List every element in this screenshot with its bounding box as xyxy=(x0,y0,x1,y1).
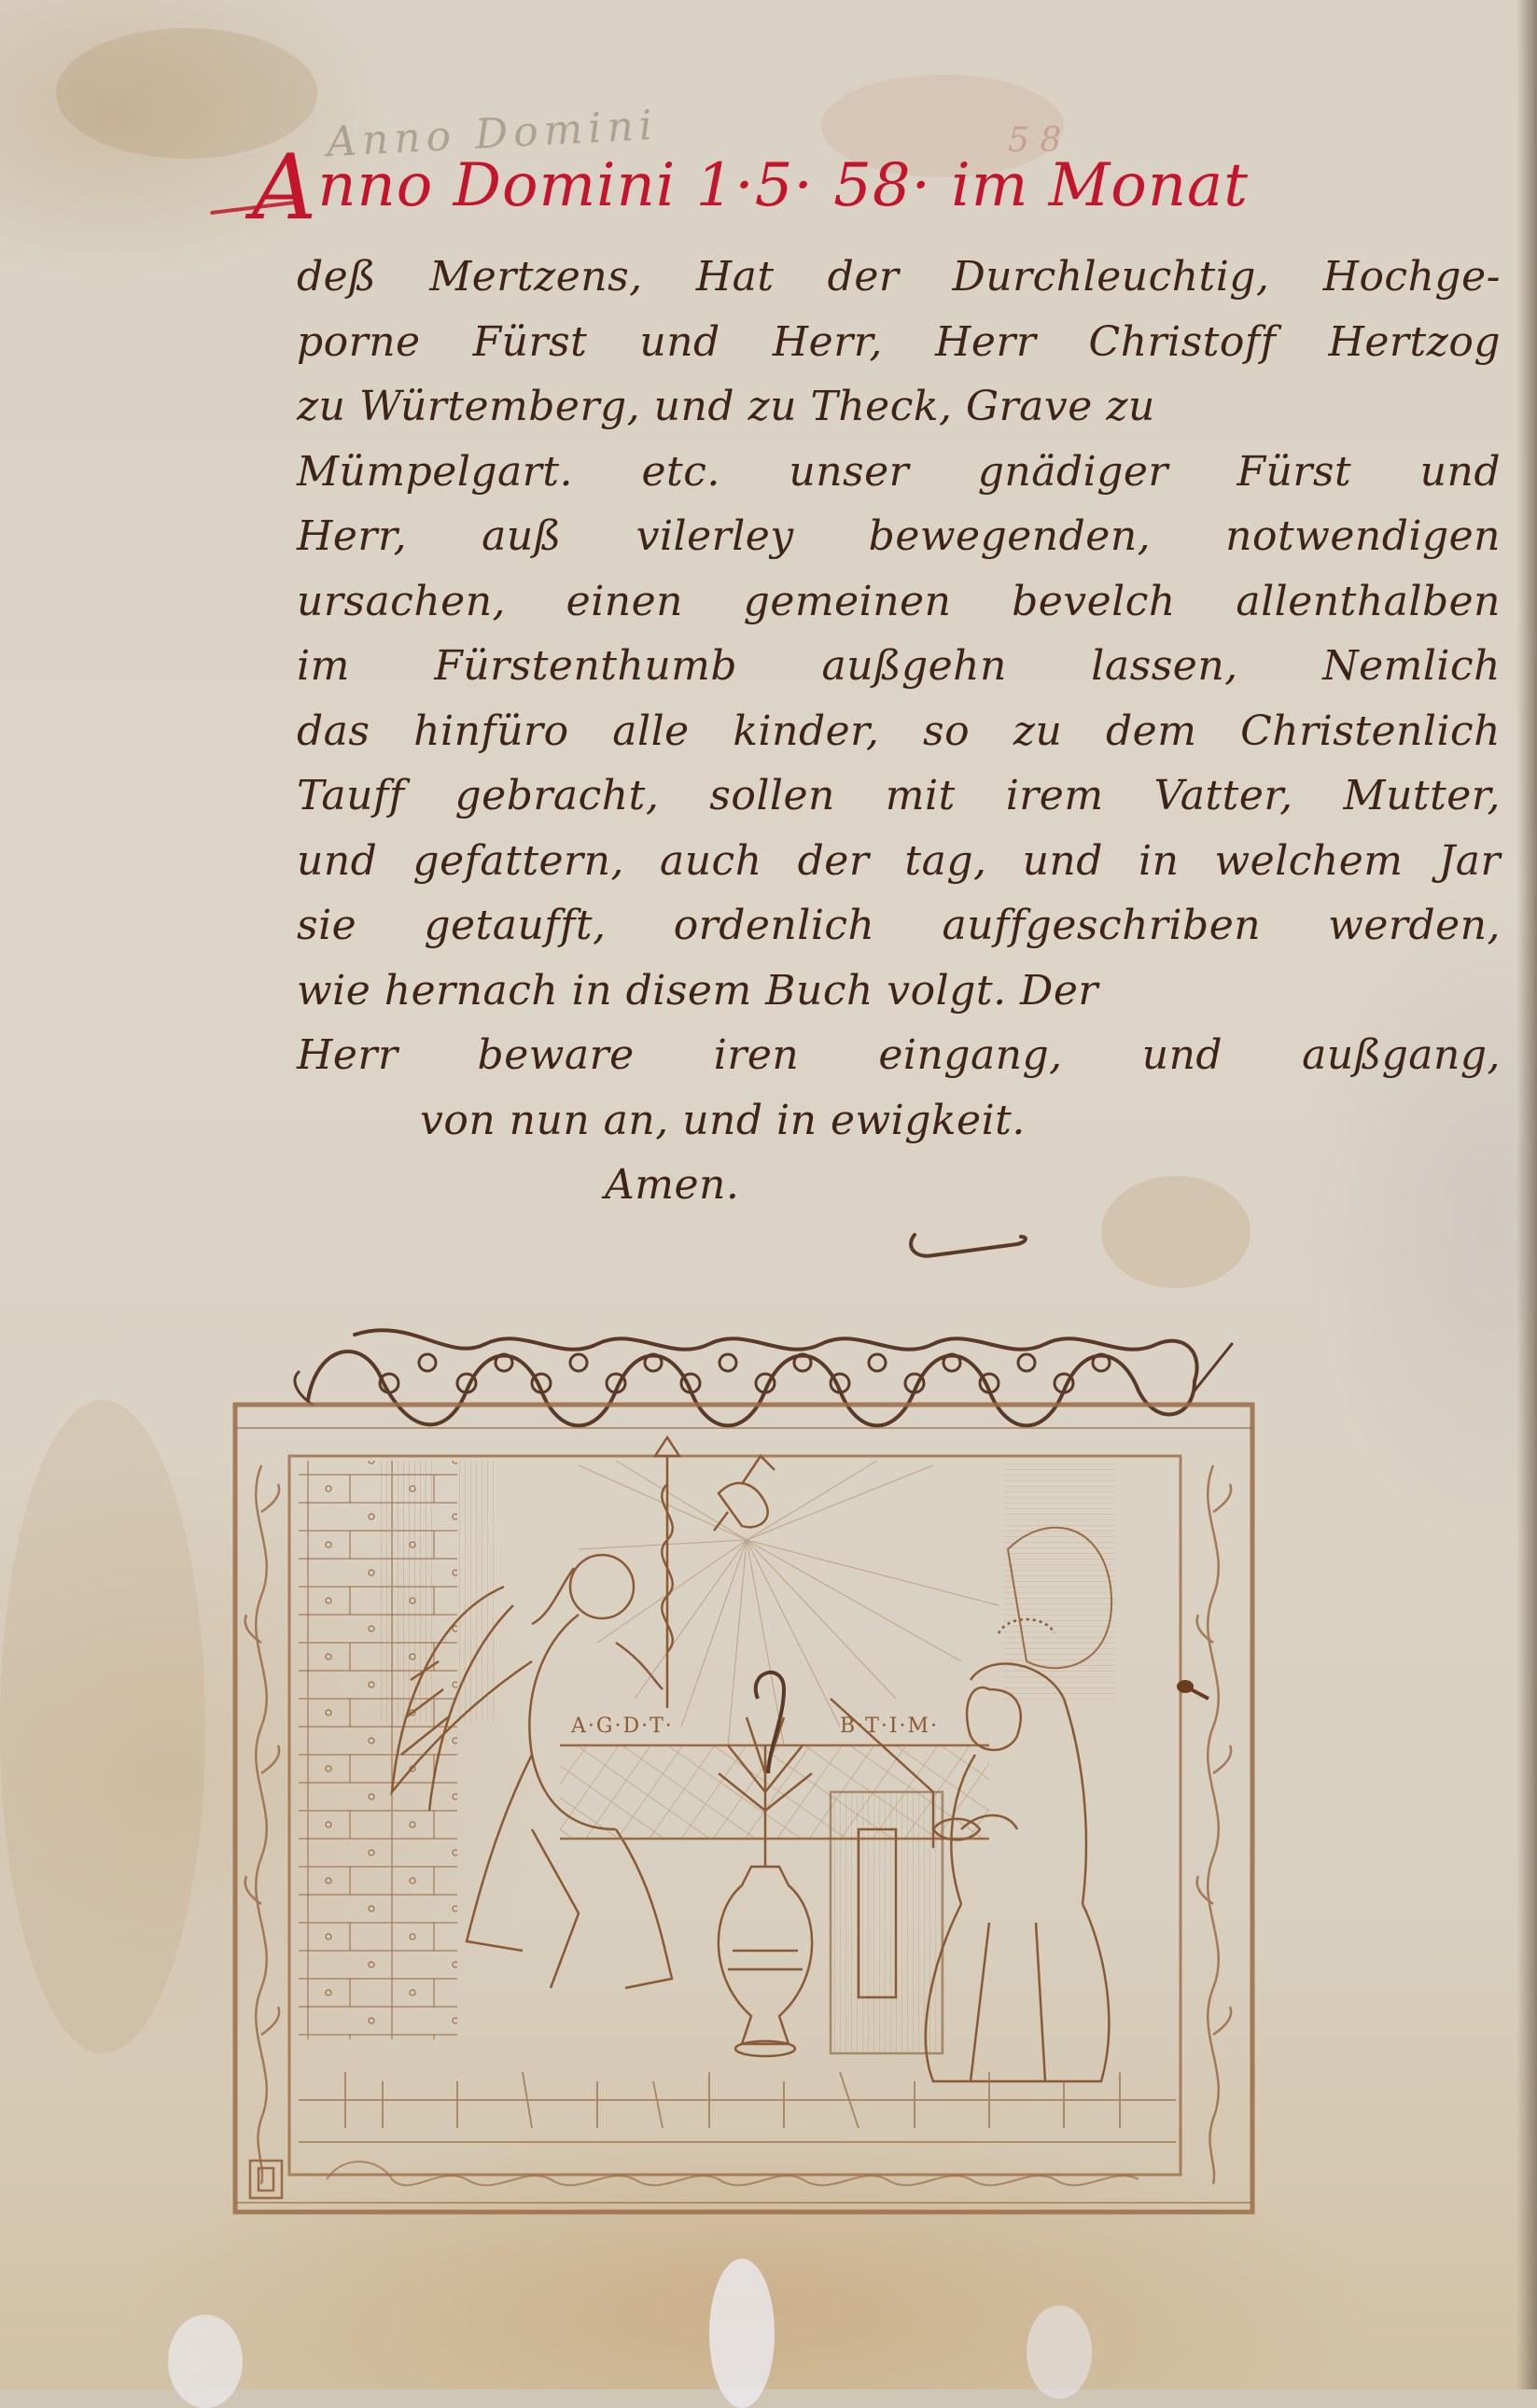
drawing-svg xyxy=(224,1307,1274,2221)
page-gutter-edge xyxy=(1516,0,1537,2389)
rubric-heading: Anno Domini 1·5· 58· im Monat xyxy=(252,151,1249,220)
text-line: Herr beware iren eingang, und außgang, xyxy=(297,1023,1501,1088)
vine-border-left xyxy=(245,1465,279,2184)
text-line: zu Würtemberg, und zu Theck, Grave zu xyxy=(297,374,1501,440)
text-line: sie getaufft, ordenlich auffgeschriben w… xyxy=(297,893,1501,959)
rubric-text: nno Domini 1·5· 58· im Monat xyxy=(317,151,1249,220)
annunciation-drawing: A·G·D·T· B·T·I·M· xyxy=(224,1307,1274,2221)
text-line: ursachen, einen gemeinen bevelch allenth… xyxy=(297,569,1501,635)
rubric-initial: A xyxy=(252,135,317,240)
light-rays xyxy=(579,1461,999,1745)
garland-border xyxy=(295,1330,1232,1425)
text-line: im Fürstenthumb außgehn lassen, Nemlich xyxy=(297,634,1501,699)
left-pillar xyxy=(378,1461,434,1722)
paper-stain xyxy=(709,2259,775,2389)
paper-stain xyxy=(1027,2305,1092,2389)
inscription-left: A·G·D·T· xyxy=(571,1715,674,1738)
text-line: von nun an, und in ewigkeit. xyxy=(297,1088,1501,1154)
inscription-right: B·T·I·M· xyxy=(840,1715,939,1738)
text-line: Mümpelgart. etc. unser gnädiger Fürst un… xyxy=(297,440,1501,505)
monogram-box xyxy=(250,2161,282,2198)
body-text: deß Mertzens, Hat der Durchleuchtig, Hoc… xyxy=(297,245,1501,1218)
paper-stain xyxy=(0,1400,205,2053)
text-line: porne Fürst und Herr, Herr Christoff Her… xyxy=(297,310,1501,375)
paper-stain xyxy=(168,2315,243,2389)
text-line: Tauff gebracht, sollen mit irem Vatter, … xyxy=(297,763,1501,829)
closing-amen: Amen. xyxy=(297,1153,1501,1218)
text-line: deß Mertzens, Hat der Durchleuchtig, Hoc… xyxy=(297,245,1501,310)
text-line: und gefattern, auch der tag, und in welc… xyxy=(297,829,1501,894)
text-line: das hinfüro alle kinder, so zu dem Chris… xyxy=(297,699,1501,764)
text-line: wie hernach in disem Buch volgt. Der xyxy=(297,959,1501,1024)
lily-vase xyxy=(719,1673,812,2056)
dove-icon xyxy=(714,1456,775,1531)
manuscript-page: Anno Domini 5 8 Anno Domini 1·5· 58· im … xyxy=(0,0,1537,2389)
closing-flourish xyxy=(905,1227,1036,1265)
vine-border-right xyxy=(1197,1465,1231,2184)
text-line: Herr, auß vilerley bewegenden, notwendig… xyxy=(297,504,1501,569)
right-window xyxy=(1003,1461,1115,1703)
